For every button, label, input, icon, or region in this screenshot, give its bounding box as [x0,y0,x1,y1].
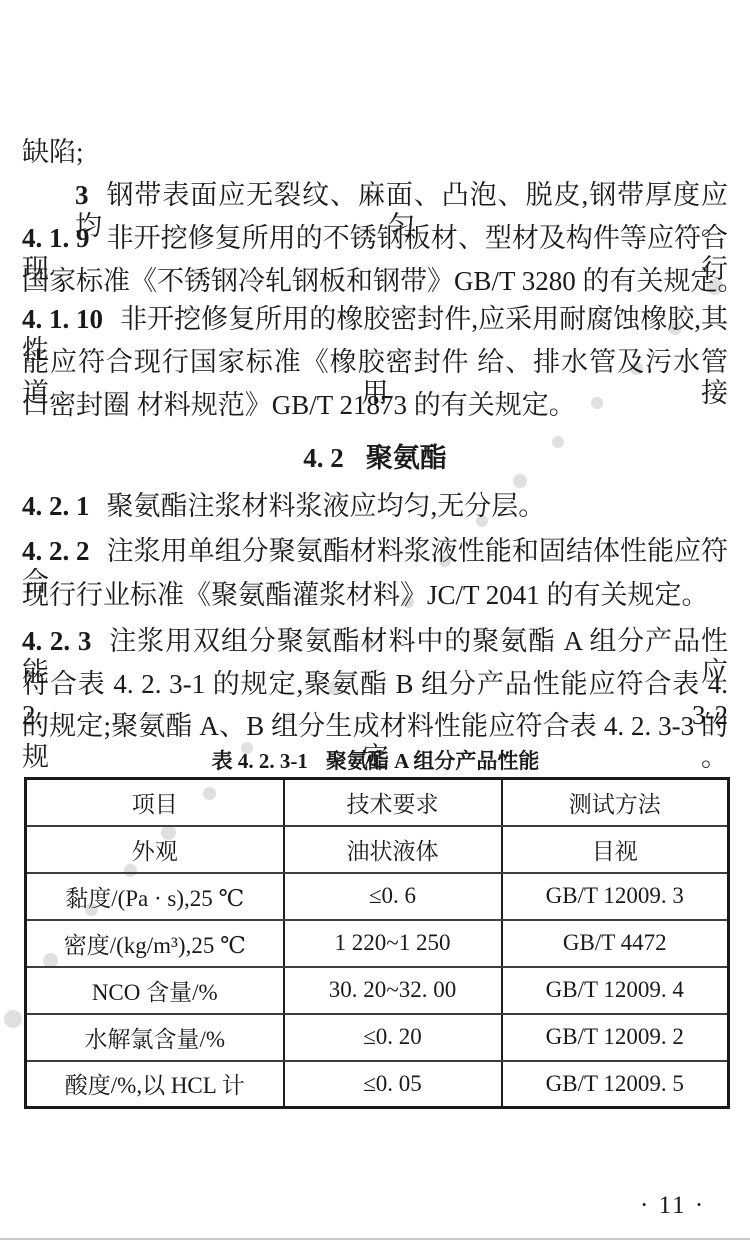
page-bottom-edge [0,1238,750,1240]
table-row: 外观 油状液体 目视 [26,826,729,873]
table-cell: 密度/(kg/m³),25 ℃ [26,920,284,967]
clause-line: 缺陷; [22,137,728,168]
table-cell: GB/T 12009. 3 [502,873,729,920]
document-page: 缺陷; 3钢带表面应无裂纹、麻面、凸泡、脱皮,钢带厚度应均匀。 4. 1. 9非… [0,0,750,1243]
clause-text: 缺陷; [22,137,84,167]
table-header-cell: 项目 [26,779,284,826]
section-number: 4. 2 [303,443,344,473]
table-cell: 目视 [502,826,729,873]
table-cell: ≤0. 20 [284,1014,502,1061]
clause-line: 国家标准《不锈钢冷轧钢板和钢带》GB/T 3280 的有关规定。 [22,266,728,297]
clause-line: 口密封圈 材料规范》GB/T 21873 的有关规定。 [22,390,728,421]
table-caption-number: 表 4. 2. 3-1 [212,749,308,773]
spec-table: 项目 技术要求 测试方法 外观 油状液体 目视 黏度/(Pa · s),25 ℃… [24,777,730,1109]
clause-number: 4. 2. 3 [22,626,91,656]
table-row: 水解氯含量/% ≤0. 20 GB/T 12009. 2 [26,1014,729,1061]
table-cell: 水解氯含量/% [26,1014,284,1061]
clause-line: 现行行业标准《聚氨酯灌浆材料》JC/T 2041 的有关规定。 [22,580,728,611]
table-cell: GB/T 12009. 4 [502,967,729,1014]
table-row: 密度/(kg/m³),25 ℃ 1 220~1 250 GB/T 4472 [26,920,729,967]
table-cell: ≤0. 05 [284,1061,502,1108]
clause-number: 3 [75,180,89,210]
table-cell: GB/T 12009. 5 [502,1061,729,1108]
clause-number: 4. 1. 10 [22,304,103,334]
clause-text: 聚氨酯注浆材料浆液应均匀,无分层。 [107,491,546,521]
section-title: 聚氨酯 [366,443,447,473]
table-cell: 1 220~1 250 [284,920,502,967]
table-cell: GB/T 4472 [502,920,729,967]
table-row: 黏度/(Pa · s),25 ℃ ≤0. 6 GB/T 12009. 3 [26,873,729,920]
table-header-cell: 技术要求 [284,779,502,826]
table-cell: GB/T 12009. 2 [502,1014,729,1061]
page-number: · 11 · [640,1192,705,1220]
table-header-row: 项目 技术要求 测试方法 [26,779,729,826]
table-caption: 表 4. 2. 3-1聚氨酯 A 组分产品性能 [24,745,727,775]
table-cell: 油状液体 [284,826,502,873]
clause-text: 现行行业标准《聚氨酯灌浆材料》JC/T 2041 的有关规定。 [22,580,709,610]
clause-number: 4. 2. 1 [22,491,90,521]
clause-text: 国家标准《不锈钢冷轧钢板和钢带》GB/T 3280 的有关规定。 [22,266,745,296]
table-cell: 黏度/(Pa · s),25 ℃ [26,873,284,920]
clause-number: 4. 2. 2 [22,536,90,566]
clause-line: 4. 2. 1聚氨酯注浆材料浆液应均匀,无分层。 [22,491,728,522]
table-header-cell: 测试方法 [502,779,729,826]
spec-table-container: 项目 技术要求 测试方法 外观 油状液体 目视 黏度/(Pa · s),25 ℃… [24,777,730,1109]
table-cell: NCO 含量/% [26,967,284,1014]
table-cell: 30. 20~32. 00 [284,967,502,1014]
clause-text: 口密封圈 材料规范》GB/T 21873 的有关规定。 [22,390,576,420]
table-row: 酸度/%,以 HCL 计 ≤0. 05 GB/T 12009. 5 [26,1061,729,1108]
clause-number: 4. 1. 9 [22,223,90,253]
table-row: NCO 含量/% 30. 20~32. 00 GB/T 12009. 4 [26,967,729,1014]
paper-speck [4,1010,22,1028]
table-caption-title: 聚氨酯 A 组分产品性能 [326,749,540,773]
table-cell: 酸度/%,以 HCL 计 [26,1061,284,1108]
paper-speck [513,474,527,488]
table-cell: ≤0. 6 [284,873,502,920]
section-heading: 4. 2聚氨酯 [0,436,750,475]
table-cell: 外观 [26,826,284,873]
